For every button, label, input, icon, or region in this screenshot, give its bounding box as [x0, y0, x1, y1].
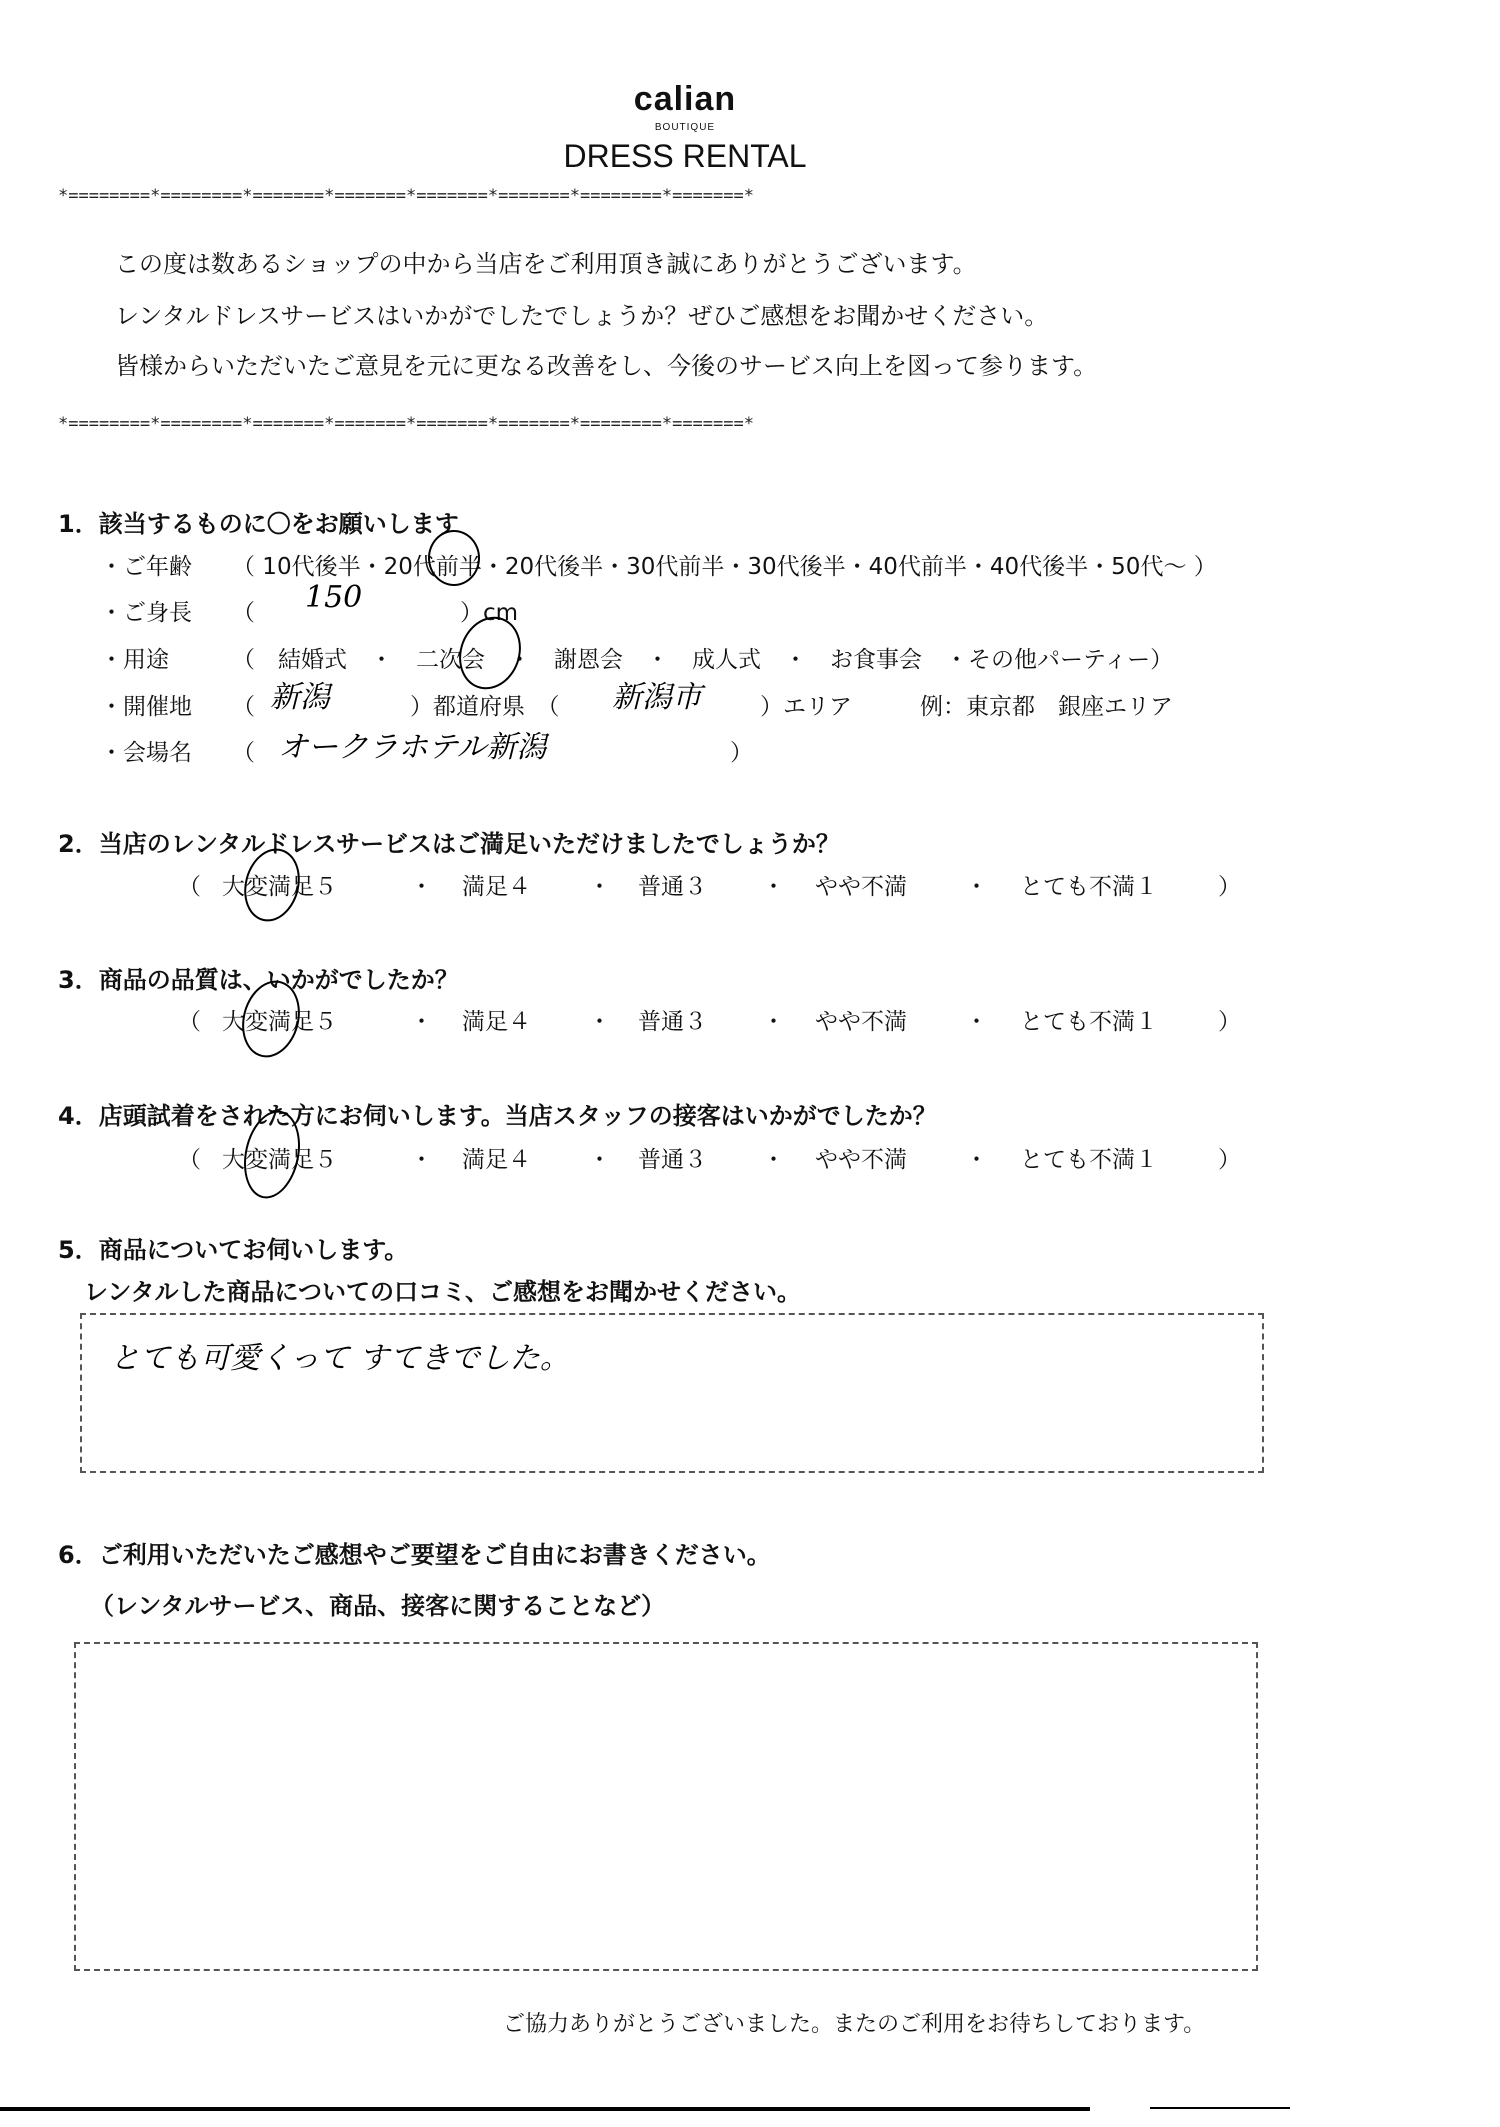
q4-option-2[interactable]: やや不満: [815, 1141, 907, 1174]
height-label: ・ご身長: [100, 594, 192, 627]
venue-name-close: ）: [730, 734, 753, 767]
separator-bottom: *========*========*=======*=======*=====…: [58, 414, 1358, 434]
q3-open: （: [178, 1003, 201, 1036]
q2-sep: ・: [410, 868, 433, 901]
scan-edge-line: [1150, 2107, 1290, 2109]
age-label: ・ご年齢: [100, 548, 192, 581]
q2-open: （: [178, 868, 201, 901]
q6-subtitle: （レンタルサービス、商品、接客に関することなど）: [90, 1586, 665, 1621]
q4-option-4[interactable]: 満足４: [462, 1141, 531, 1174]
area-field[interactable]: 新潟市: [612, 672, 702, 716]
q2-sep: ・: [762, 868, 785, 901]
q3-close: ）: [1218, 1003, 1241, 1036]
q2-option-3[interactable]: 普通３: [638, 868, 707, 901]
q4-option-1[interactable]: とても不満１: [1020, 1141, 1158, 1174]
q1-title: 1．該当するものに〇をお願いします: [58, 504, 459, 539]
q3-option-2[interactable]: やや不満: [815, 1003, 907, 1036]
purpose-options[interactable]: （ 結婚式 ・ 二次会 ・ 謝恩会 ・ 成人式 ・ お食事会 ・その他パーティー…: [232, 641, 1173, 674]
q6-answer-box[interactable]: [74, 1642, 1258, 1971]
q4-title: 4．店頭試着をされた方にお伺いします。当店スタッフの接客はいかがでしたか？: [58, 1096, 937, 1131]
q5-answer-box[interactable]: とても可愛くって すてきでした。: [80, 1313, 1264, 1473]
q4-sep: ・: [410, 1141, 433, 1174]
height-open-paren: （: [232, 594, 255, 627]
q3-option-3[interactable]: 普通３: [638, 1003, 707, 1036]
intro-line-1: この度は数あるショップの中から当店をご利用頂き誠にありがとうございます。: [115, 244, 977, 279]
prefecture-field[interactable]: 新潟: [270, 672, 330, 716]
q5-title: 5．商品についてお伺いします。: [58, 1230, 408, 1265]
q3-option-1[interactable]: とても不満１: [1020, 1003, 1158, 1036]
q5-answer-text: とても可愛くって すてきでした。: [110, 1333, 570, 1377]
brand-subtitle: BOUTIQUE: [0, 122, 1370, 133]
area-suffix: ）エリア: [760, 688, 852, 721]
intro-line-2: レンタルドレスサービスはいかがでしたでしょうか？ぜひご感想をお聞かせください。: [115, 296, 1048, 331]
q4-option-3[interactable]: 普通３: [638, 1141, 707, 1174]
venue-area-open: （: [232, 688, 255, 721]
q3-sep: ・: [410, 1003, 433, 1036]
closing-message: ご協力ありがとうございました。またのご利用をお待ちしております。: [503, 2007, 1205, 2038]
q2-option-4[interactable]: 満足４: [462, 868, 531, 901]
page-title: DRESS RENTAL: [0, 138, 1370, 175]
venue-name-field[interactable]: オークラホテル新潟: [278, 722, 547, 766]
q2-option-2[interactable]: やや不満: [815, 868, 907, 901]
q2-close: ）: [1218, 868, 1241, 901]
q4-sep: ・: [762, 1141, 785, 1174]
q3-sep: ・: [762, 1003, 785, 1036]
q2-title: 2．当店のレンタルドレスサービスはご満足いただけましたでしょうか？: [58, 824, 840, 859]
brand-logo: calian: [0, 80, 1370, 119]
q4-sep: ・: [588, 1141, 611, 1174]
prefecture-suffix: ）都道府県 （: [410, 688, 560, 721]
q2-option-1[interactable]: とても不満１: [1020, 868, 1158, 901]
q2-sep: ・: [588, 868, 611, 901]
q6-title: 6．ご利用いただいたご感想やご要望をご自由にお書きください。: [58, 1535, 771, 1570]
age-selected-circle: [428, 530, 480, 586]
q4-open: （: [178, 1141, 201, 1174]
q4-sep: ・: [965, 1141, 988, 1174]
q2-sep: ・: [965, 868, 988, 901]
q5-subtitle: レンタルした商品についての口コミ、ご感想をお聞かせください。: [84, 1272, 801, 1307]
purpose-label: ・用途: [100, 641, 169, 674]
q3-option-4[interactable]: 満足４: [462, 1003, 531, 1036]
q3-sep: ・: [588, 1003, 611, 1036]
venue-name-open: （: [232, 734, 255, 767]
scan-edge-line: [0, 2107, 1090, 2111]
q3-sep: ・: [965, 1003, 988, 1036]
q4-close: ）: [1218, 1141, 1241, 1174]
venue-name-label: ・会場名: [100, 734, 192, 767]
height-field[interactable]: 150: [305, 580, 362, 615]
intro-line-3: 皆様からいただいたご意見を元に更なる改善をし、今後のサービス向上を図って参ります…: [115, 346, 1097, 381]
area-example: 例：東京都 銀座エリア: [920, 688, 1173, 721]
age-options[interactable]: （ 10代後半・20代前半・20代後半・30代前半・30代後半・40代前半・40…: [232, 548, 1217, 581]
separator-top: *========*========*=======*=======*=====…: [58, 186, 1358, 206]
venue-area-label: ・開催地: [100, 688, 192, 721]
